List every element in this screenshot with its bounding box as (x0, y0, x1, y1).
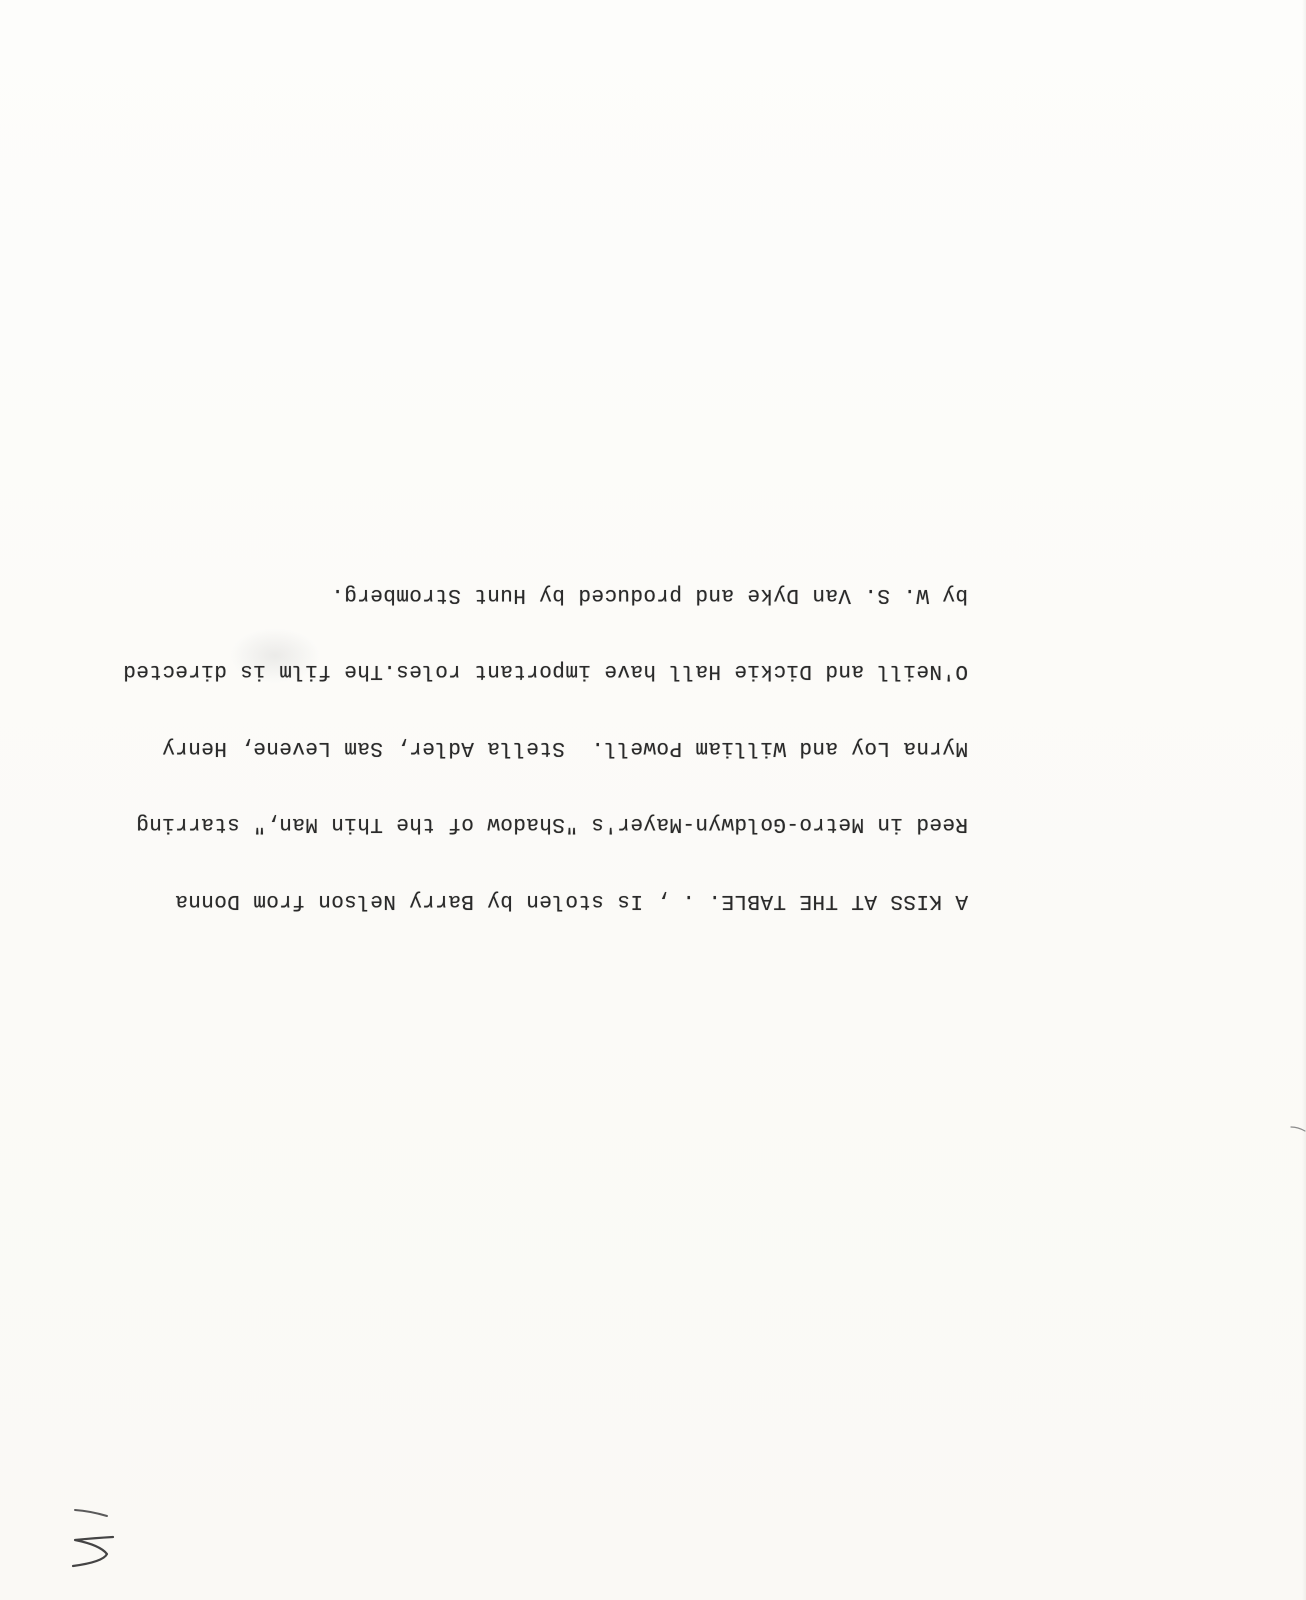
caption-line: Reed in Metro-Goldwyn-Mayer's "Shadow of… (368, 811, 968, 837)
caption-line: A KISS AT THE TABLE. . , Is stolen by Ba… (368, 888, 968, 914)
caption-line: by W. S. Van Dyke and produced by Hunt S… (368, 582, 968, 608)
caption-line: O'Neill and Dickie Hall have important r… (368, 658, 968, 684)
paper-crease-mark (1290, 1126, 1306, 1132)
caption-line: Myrna Loy and William Powell. Stella Adl… (368, 735, 968, 761)
paper-edge (1302, 0, 1306, 1600)
handwritten-number-mark (55, 1500, 125, 1570)
typed-caption: A KISS AT THE TABLE. . , Is stolen by Ba… (368, 556, 968, 964)
